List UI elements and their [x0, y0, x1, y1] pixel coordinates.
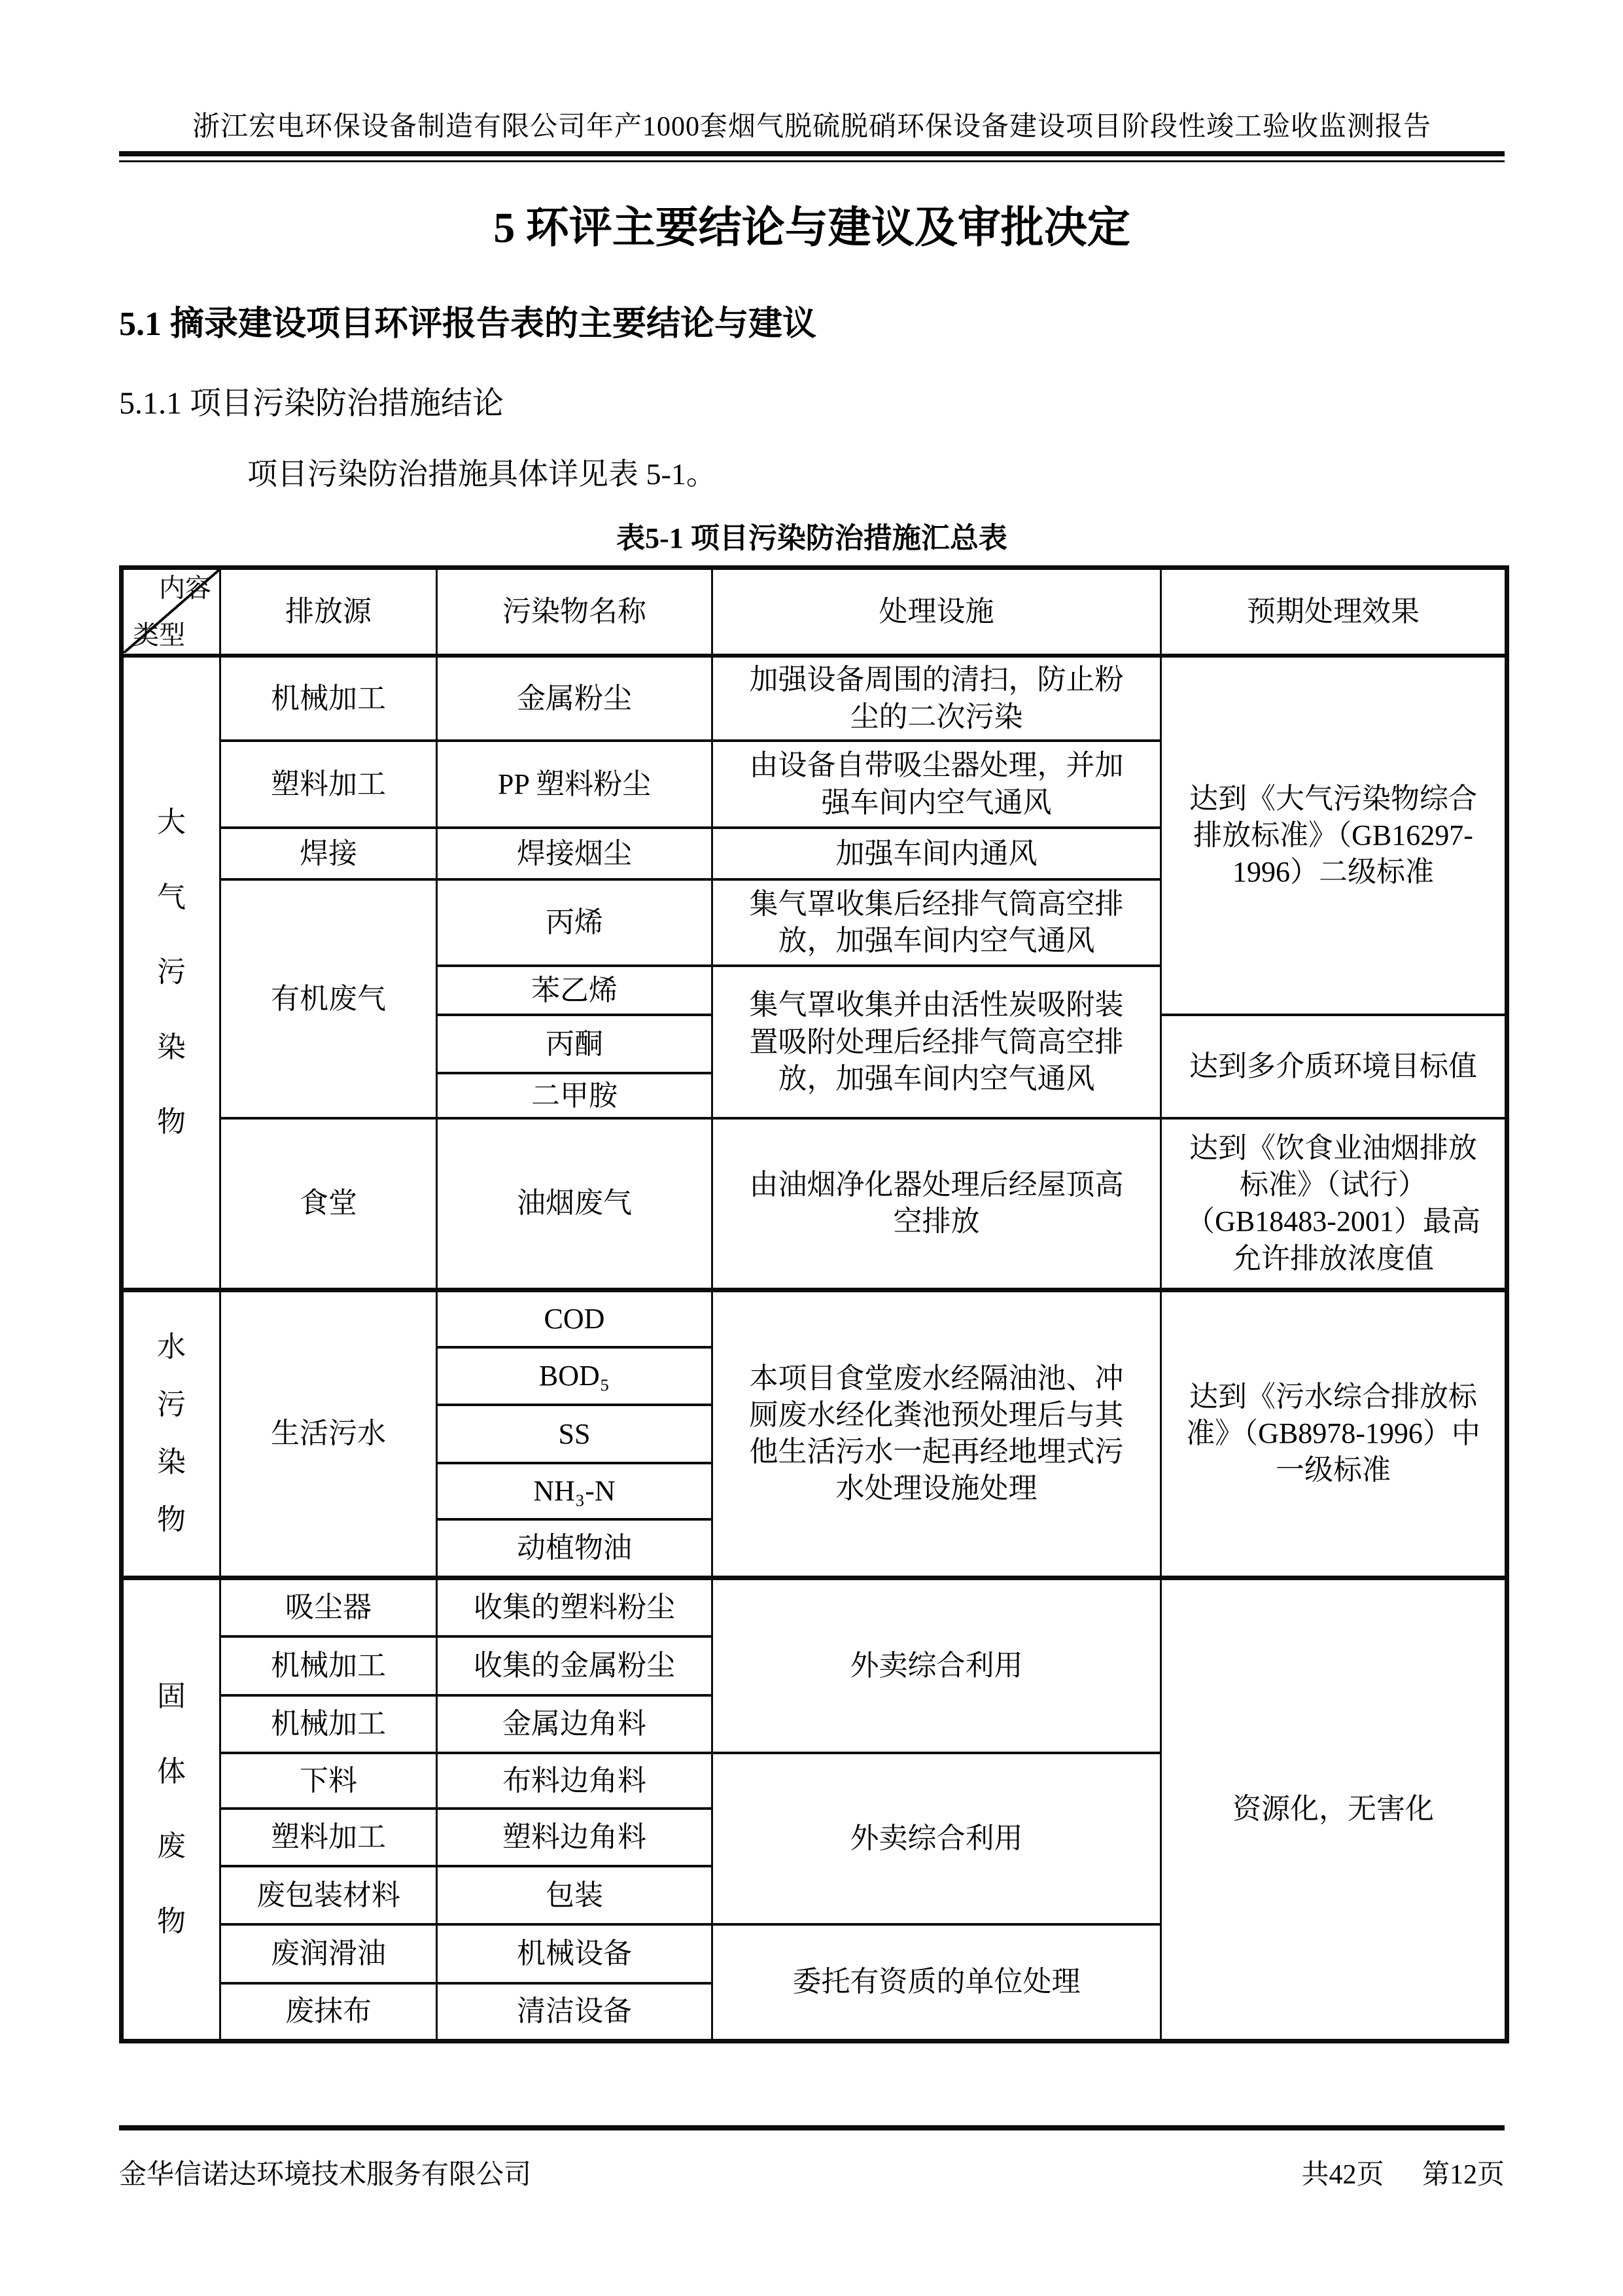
page-footer: 金华信诺达环境技术服务有限公司 共42页 第12页: [119, 2125, 1505, 2192]
table-header-row: 内容 类型 排放源 污染物名称 处理设施 预期处理效果: [122, 567, 1507, 656]
source-cell: 塑料加工: [220, 741, 437, 828]
footer-page-info: 共42页 第12页: [1301, 2153, 1505, 2192]
source-cell: 废包装材料: [220, 1866, 437, 1924]
col-header-treatment: 处理设施: [712, 567, 1161, 656]
category-cell-solid: 固体废物: [122, 1578, 220, 2041]
category-cell-air: 大气污染物: [122, 656, 220, 1290]
treatment-cell: 委托有资质的单位处理: [712, 1924, 1161, 2041]
pollutant-cell: 布料边角料: [437, 1753, 712, 1809]
page: 浙江宏电环保设备制造有限公司年产1000套烟气脱硫脱硝环保设备建设项目阶段性竣工…: [119, 110, 1505, 2043]
source-cell: 食堂: [220, 1118, 437, 1290]
treatment-cell: 外卖综合利用: [712, 1753, 1161, 1924]
source-cell: 废抹布: [220, 1983, 437, 2041]
pollution-measures-table: 内容 类型 排放源 污染物名称 处理设施 预期处理效果 大气污染物 机械加工 金…: [119, 565, 1509, 2043]
category-label: 固体废物: [157, 1659, 186, 1959]
corner-cell: 内容 类型: [122, 567, 220, 656]
footer-page-number: 第12页: [1422, 2160, 1505, 2190]
category-label: 大气污染物: [157, 785, 186, 1159]
category-cell-water: 水污染物: [122, 1290, 220, 1578]
corner-label-bottom: 类型: [133, 618, 185, 652]
pollutant-cell: 丙酮: [437, 1015, 712, 1073]
effect-cell: 达到多介质环境目标值: [1161, 1015, 1507, 1118]
effect-cell: 达到《污水综合排放标准》（GB8978-1996）中一级标准: [1161, 1290, 1507, 1578]
col-header-source: 排放源: [220, 567, 437, 656]
subsection-heading: 5.1.1 项目污染防治措施结论: [119, 383, 1505, 425]
page-header-band: 浙江宏电环保设备制造有限公司年产1000套烟气脱硫脱硝环保设备建设项目阶段性竣工…: [119, 110, 1505, 145]
pollutant-cell: SS: [437, 1405, 712, 1463]
source-cell: 机械加工: [220, 1695, 437, 1753]
effect-cell: 达到《大气污染物综合排放标准》（GB16297-1996）二级标准: [1161, 656, 1507, 1015]
effect-cell: 资源化，无害化: [1161, 1578, 1507, 2041]
source-cell: 生活污水: [220, 1290, 437, 1578]
corner-diagonal: 内容 类型: [124, 570, 219, 653]
treatment-cell: 集气罩收集并由活性炭吸附装置吸附处理后经排气筒高空排放，加强车间内空气通风: [712, 966, 1161, 1118]
header-rule: [119, 151, 1505, 162]
pollutant-cell: NH₃-N: [437, 1463, 712, 1519]
source-cell: 焊接: [220, 828, 437, 879]
treatment-cell: 由油烟净化器处理后经屋顶高空排放: [712, 1118, 1161, 1290]
pollutant-cell: 金属粉尘: [437, 656, 712, 741]
treatment-cell: 外卖综合利用: [712, 1578, 1161, 1753]
source-cell: 废润滑油: [220, 1924, 437, 1983]
page-title: 5 环评主要结论与建议及审批决定: [119, 199, 1505, 257]
source-cell: 机械加工: [220, 1636, 437, 1695]
pollutant-cell: PP 塑料粉尘: [437, 741, 712, 828]
pollutant-cell: 收集的塑料粉尘: [437, 1578, 712, 1636]
treatment-cell: 集气罩收集后经排气筒高空排放，加强车间内空气通风: [712, 879, 1161, 966]
footer-page-count: 共42页: [1301, 2160, 1384, 2190]
pollutant-cell: 清洁设备: [437, 1983, 712, 2041]
corner-label-top: 内容: [159, 571, 211, 605]
pollutant-cell: 焊接烟尘: [437, 828, 712, 879]
pollutant-cell: 动植物油: [437, 1519, 712, 1578]
treatment-cell: 加强设备周围的清扫，防止粉尘的二次污染: [712, 656, 1161, 741]
source-cell: 塑料加工: [220, 1809, 437, 1866]
pollutant-cell: 包装: [437, 1866, 712, 1924]
table-row: 固体废物 吸尘器 收集的塑料粉尘 外卖综合利用 资源化，无害化: [122, 1578, 1507, 1636]
col-header-pollutant: 污染物名称: [437, 567, 712, 656]
table-row: 大气污染物 机械加工 金属粉尘 加强设备周围的清扫，防止粉尘的二次污染 达到《大…: [122, 656, 1507, 741]
source-cell: 有机废气: [220, 879, 437, 1118]
effect-cell: 达到《饮食业油烟排放标准》（试行）（GB18483-2001）最高允许排放浓度值: [1161, 1118, 1507, 1290]
table-row: 食堂 油烟废气 由油烟净化器处理后经屋顶高空排放 达到《饮食业油烟排放标准》（试…: [122, 1118, 1507, 1290]
pollutant-cell: 苯乙烯: [437, 966, 712, 1015]
pollutant-cell: 二甲胺: [437, 1073, 712, 1118]
section-heading: 5.1 摘录建设项目环评报告表的主要结论与建议: [119, 302, 1505, 347]
treatment-cell: 加强车间内通风: [712, 828, 1161, 879]
pollutant-cell: BOD₅: [437, 1347, 712, 1405]
pollutant-cell: 机械设备: [437, 1924, 712, 1983]
treatment-cell: 本项目食堂废水经隔油池、冲厕废水经化粪池预处理后与其他生活污水一起再经地埋式污水…: [712, 1290, 1161, 1578]
treatment-cell: 由设备自带吸尘器处理，并加强车间内空气通风: [712, 741, 1161, 828]
pollutant-cell: 油烟废气: [437, 1118, 712, 1290]
source-cell: 下料: [220, 1753, 437, 1809]
table-row: 水污染物 生活污水 COD 本项目食堂废水经隔油池、冲厕废水经化粪池预处理后与其…: [122, 1290, 1507, 1347]
category-label: 水污染物: [157, 1318, 186, 1549]
pollutant-cell: 收集的金属粉尘: [437, 1636, 712, 1695]
intro-paragraph: 项目污染防治措施具体详见表 5-1。: [119, 454, 1505, 495]
pollutant-cell: 塑料边角料: [437, 1809, 712, 1866]
pollutant-cell: 金属边角料: [437, 1695, 712, 1753]
source-cell: 机械加工: [220, 656, 437, 741]
pollutant-cell: 丙烯: [437, 879, 712, 966]
footer-company: 金华信诺达环境技术服务有限公司: [119, 2153, 531, 2192]
pollutant-cell: COD: [437, 1290, 712, 1347]
table-caption: 表5-1 项目污染防治措施汇总表: [119, 514, 1505, 556]
source-cell: 吸尘器: [220, 1578, 437, 1636]
col-header-effect: 预期处理效果: [1161, 567, 1507, 656]
